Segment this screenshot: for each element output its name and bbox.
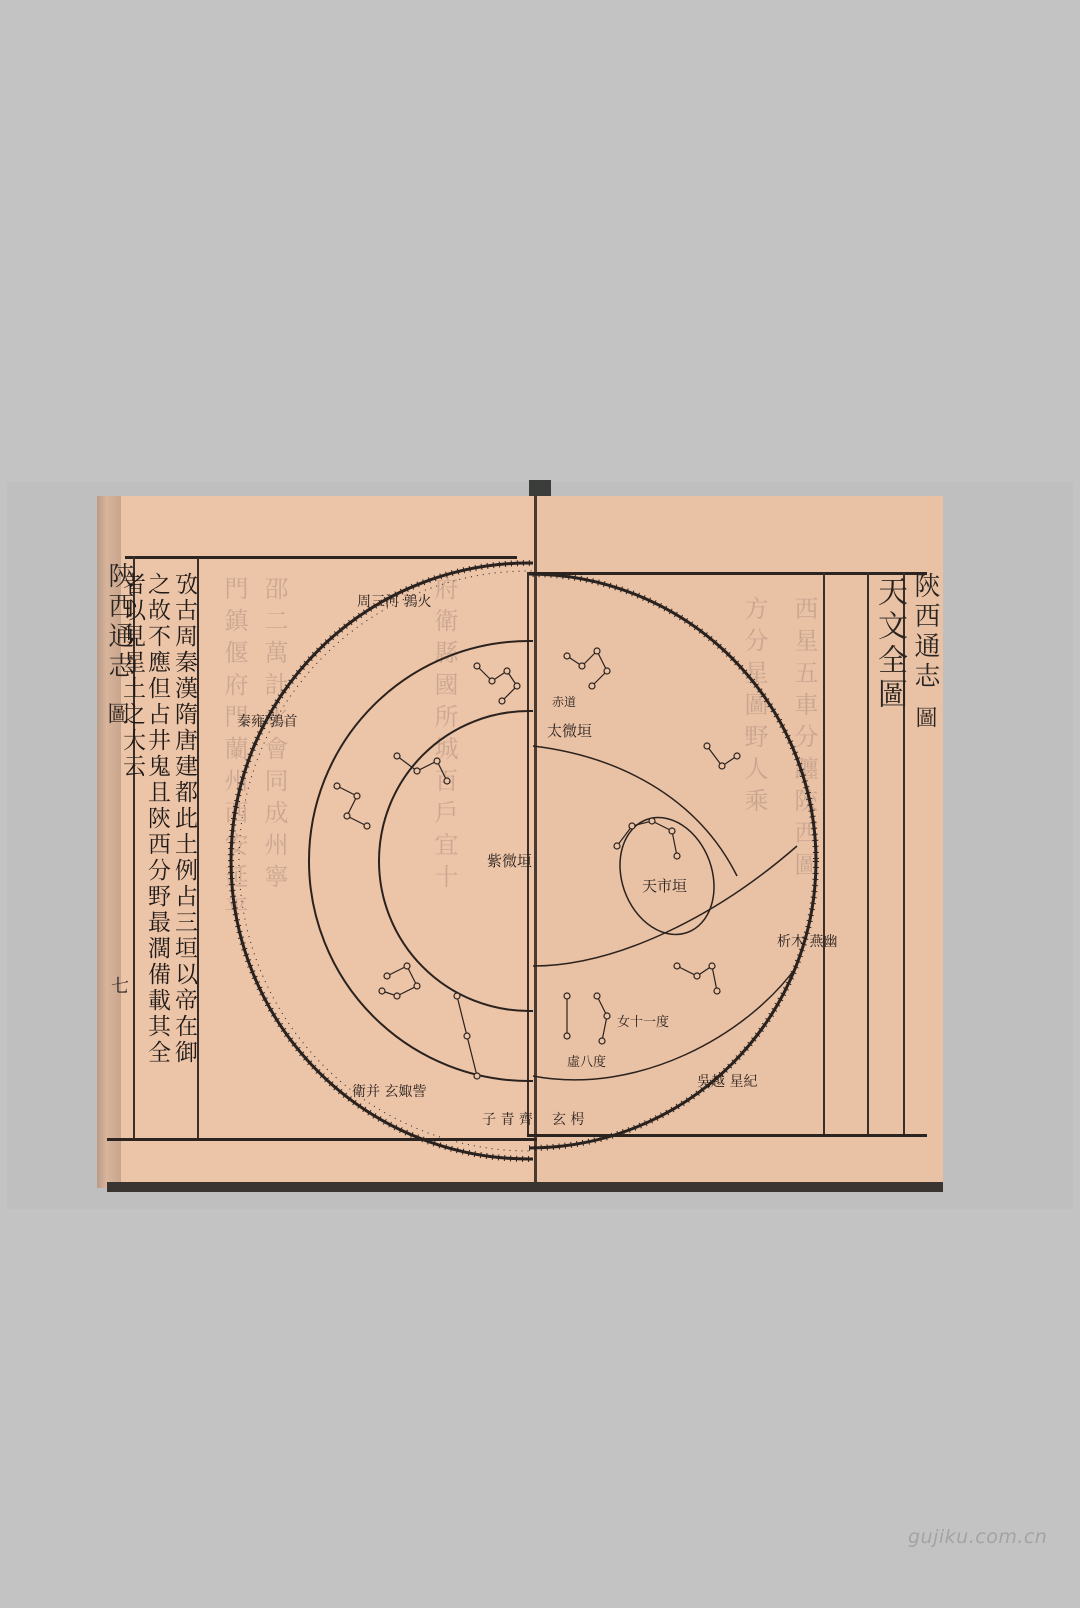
rim-label: 玄 枵 <box>552 1111 584 1128</box>
rim-label: 子 青 齊 <box>482 1111 533 1128</box>
mansion-label: 女十一度 <box>617 1014 669 1030</box>
star-chart: 天市垣 紫微垣 太微垣 赤道 衛并 玄娵訾 子 青 齊 玄 枵 吳越 星紀 秦雍… <box>97 496 943 1188</box>
rim-label: 衛并 玄娵訾 <box>352 1083 426 1100</box>
enclosure-label-ziwei: 紫微垣 <box>487 852 532 870</box>
enclosure-label-tianshi: 天市垣 <box>642 877 687 895</box>
rim-label: 吳越 星紀 <box>697 1073 757 1090</box>
enclosure-label-taiwei: 太微垣 <box>547 722 592 740</box>
rim-label: 周三河 鶉火 <box>357 594 431 610</box>
open-book: 門鎮偃府門蘭州西安延平 邵二萬計水會同成州寧 府衛縣國所城百戶宜十 陝西通志 圖… <box>97 496 943 1188</box>
equator-label: 赤道 <box>552 694 576 709</box>
rim-label: 析木 燕幽 <box>777 933 837 950</box>
site-watermark: gujiku.com.cn <box>908 1526 1047 1548</box>
mansion-label: 虛八度 <box>567 1054 606 1070</box>
rim-label: 秦雍 鶉首 <box>237 714 297 730</box>
